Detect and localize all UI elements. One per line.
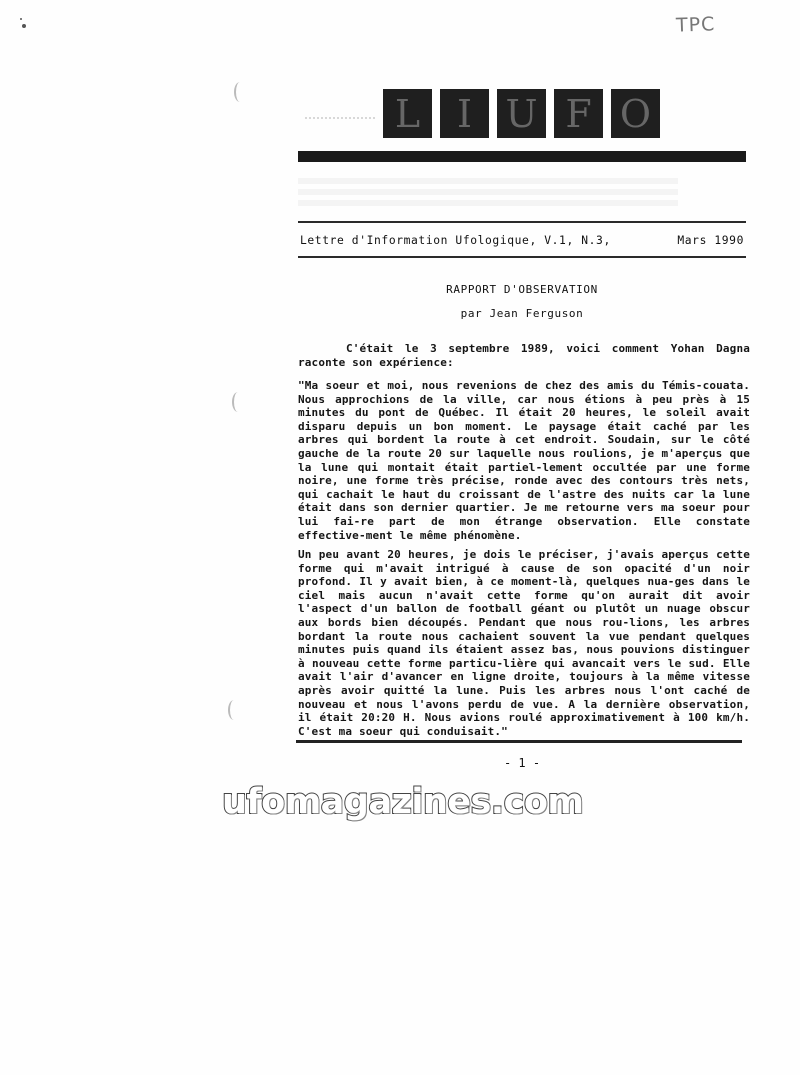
masthead-bar bbox=[298, 151, 746, 162]
publication-date: Mars 1990 bbox=[677, 234, 744, 247]
scan-speck bbox=[20, 18, 22, 20]
article-byline: par Jean Ferguson bbox=[298, 307, 746, 320]
publication-header: Lettre d'Information Ufologique, V.1, N.… bbox=[300, 234, 744, 247]
article-body: Un peu avant 20 heures, je dois le préci… bbox=[298, 548, 750, 738]
intro-paragraph: C'était le 3 septembre 1989, voici comme… bbox=[298, 342, 750, 369]
body-paragraph: Un peu avant 20 heures, je dois le préci… bbox=[298, 548, 750, 738]
binding-hole-mark bbox=[228, 700, 240, 720]
scanned-page: TPC L I U F O Lettre d'Information Ufolo… bbox=[0, 0, 800, 1075]
header-rule-top bbox=[298, 221, 746, 223]
masthead-letter: I bbox=[440, 89, 489, 138]
bleed-through-mark bbox=[305, 117, 375, 124]
scan-speck bbox=[22, 24, 26, 28]
binding-hole-mark bbox=[232, 392, 244, 412]
article-intro: C'était le 3 septembre 1989, voici comme… bbox=[298, 342, 750, 369]
watermark: ufomagazines.com bbox=[222, 782, 583, 822]
publication-name: Lettre d'Information Ufologique, V.1, N.… bbox=[300, 234, 611, 247]
footer-rule bbox=[296, 740, 742, 743]
masthead-letter: O bbox=[611, 89, 660, 138]
masthead-logo: L I U F O bbox=[383, 89, 660, 138]
handwritten-annotation: TPC bbox=[676, 13, 716, 36]
article-body: "Ma soeur et moi, nous revenions de chez… bbox=[298, 379, 750, 542]
article-title: RAPPORT D'OBSERVATION bbox=[298, 283, 746, 296]
bleed-through-text bbox=[298, 178, 678, 210]
binding-hole-mark bbox=[234, 82, 246, 102]
body-paragraph: "Ma soeur et moi, nous revenions de chez… bbox=[298, 379, 750, 542]
page-number: - 1 - bbox=[298, 756, 746, 770]
masthead-letter: F bbox=[554, 89, 603, 138]
masthead-letter: U bbox=[497, 89, 546, 138]
header-rule-bottom bbox=[298, 256, 746, 258]
masthead-letter: L bbox=[383, 89, 432, 138]
